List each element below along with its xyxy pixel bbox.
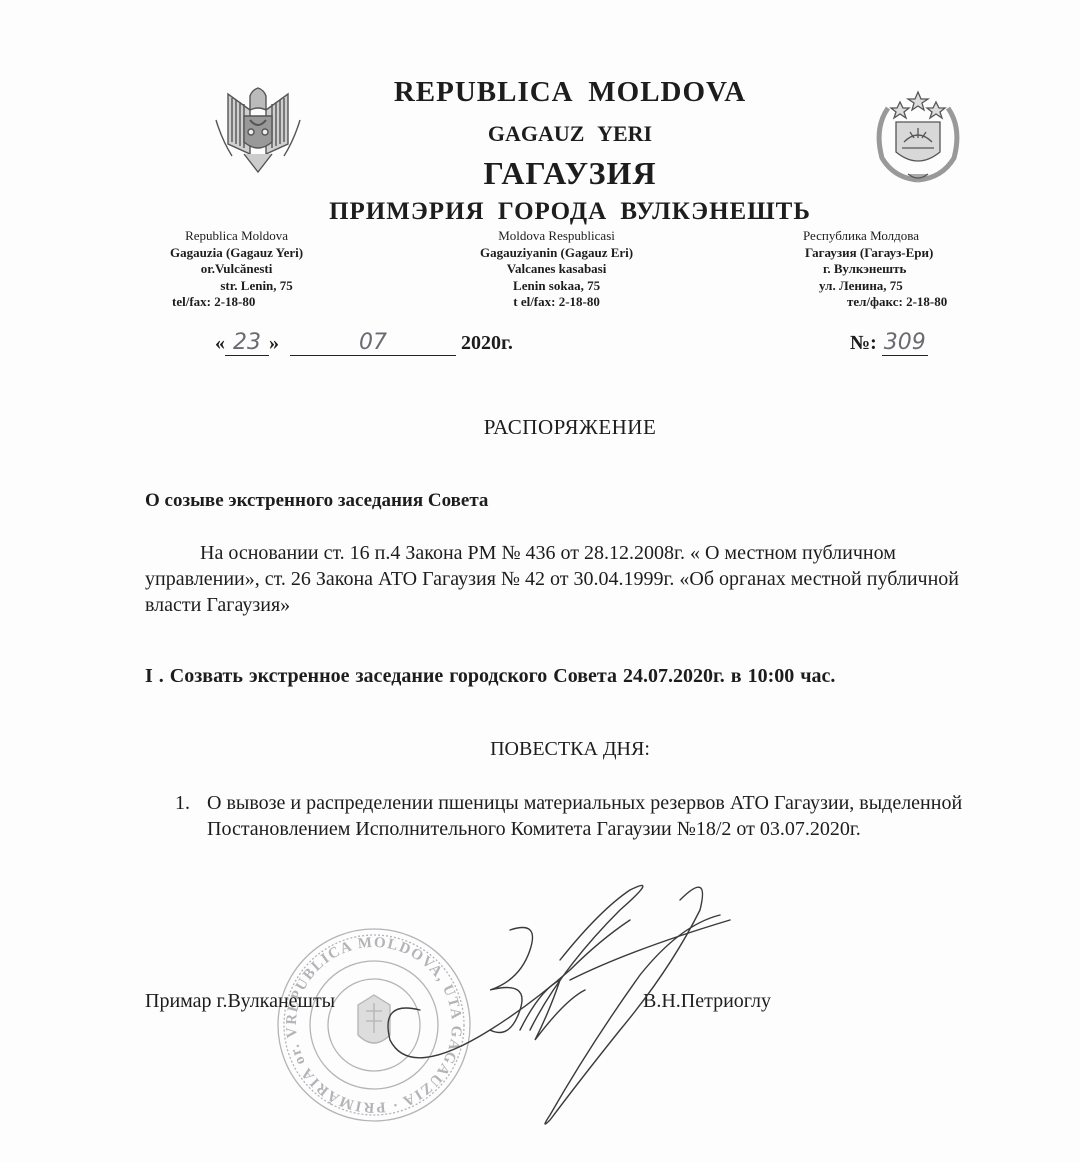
address-block-gagauz: Moldova Respublicasi Gagauziyanin (Gagau… — [480, 228, 633, 311]
address-line: Gagauzia (Gagauz Yeri) — [170, 245, 303, 262]
address-line: tel/fax: 2-18-80 — [172, 294, 303, 311]
agenda-item: 1. О вывозе и распределении пшеницы мате… — [175, 790, 975, 842]
address-line: Gagauziyanin (Gagauz Eri) — [480, 245, 633, 262]
institution-title: ПРИМЭРИЯ ГОРОДА ВУЛКЭНЕШТЬ — [0, 198, 1080, 226]
document-number: №: 309 — [850, 330, 928, 356]
address-block-romanian: Republica Moldova Gagauzia (Gagauz Yeri)… — [170, 228, 303, 311]
address-line: ул. Ленина, 75 — [775, 278, 975, 295]
agenda-title: ПОВЕСТКА ДНЯ: — [0, 738, 1080, 761]
address-line: Гагаузия (Гагауз-Ери) — [775, 245, 975, 262]
quote-open: « — [215, 332, 225, 354]
date-year: 2020г. — [461, 332, 513, 354]
handwritten-signature-icon — [380, 870, 740, 1130]
address-block-russian: Республика Молдова Гагаузия (Гагауз-Ери)… — [775, 228, 975, 311]
quote-close: » — [269, 332, 279, 354]
agenda-item-text: О вывозе и распределении пшеницы материа… — [207, 790, 975, 842]
agenda-item-number: 1. — [175, 790, 190, 816]
order-subject: О созыве экстренного заседания Совета — [145, 490, 488, 512]
address-line: Republica Moldova — [170, 228, 303, 245]
address-line: Valcanes kasabasi — [480, 261, 633, 278]
address-line: str. Lenin, 75 — [170, 278, 303, 295]
region-title-cyrillic: ГАГАУЗИЯ — [0, 155, 1080, 192]
signatory-role: Примар г.Вулканешты — [145, 990, 335, 1013]
legal-basis-paragraph: На основании ст. 16 п.4 Закона РМ № 436 … — [145, 540, 975, 618]
date-day: 23 — [225, 330, 269, 356]
address-line: t el/fax: 2-18-80 — [480, 294, 633, 311]
address-line: Moldova Respublicasi — [480, 228, 633, 245]
date-month: 07 — [290, 330, 456, 356]
address-line: Республика Молдова — [775, 228, 975, 245]
region-title-latin: GAGAUZ YERI — [0, 121, 1080, 147]
order-title: РАСПОРЯЖЕНИЕ — [0, 415, 1080, 440]
address-line: Lenin sokaa, 75 — [480, 278, 633, 295]
address-line: тел/факс: 2-18-80 — [775, 294, 975, 311]
number-label: №: — [850, 332, 877, 354]
country-title: REPUBLICA MOLDOVA — [0, 76, 1080, 109]
document-date: «23» 07 2020г. — [215, 330, 513, 356]
agenda-list: 1. О вывозе и распределении пшеницы мате… — [175, 790, 975, 842]
address-line: or.Vulcănesti — [170, 261, 303, 278]
address-line: г. Вулкэнешть — [775, 261, 975, 278]
decision-paragraph: I . Созвать экстренное заседание городск… — [145, 665, 835, 688]
number-value: 309 — [882, 330, 928, 356]
